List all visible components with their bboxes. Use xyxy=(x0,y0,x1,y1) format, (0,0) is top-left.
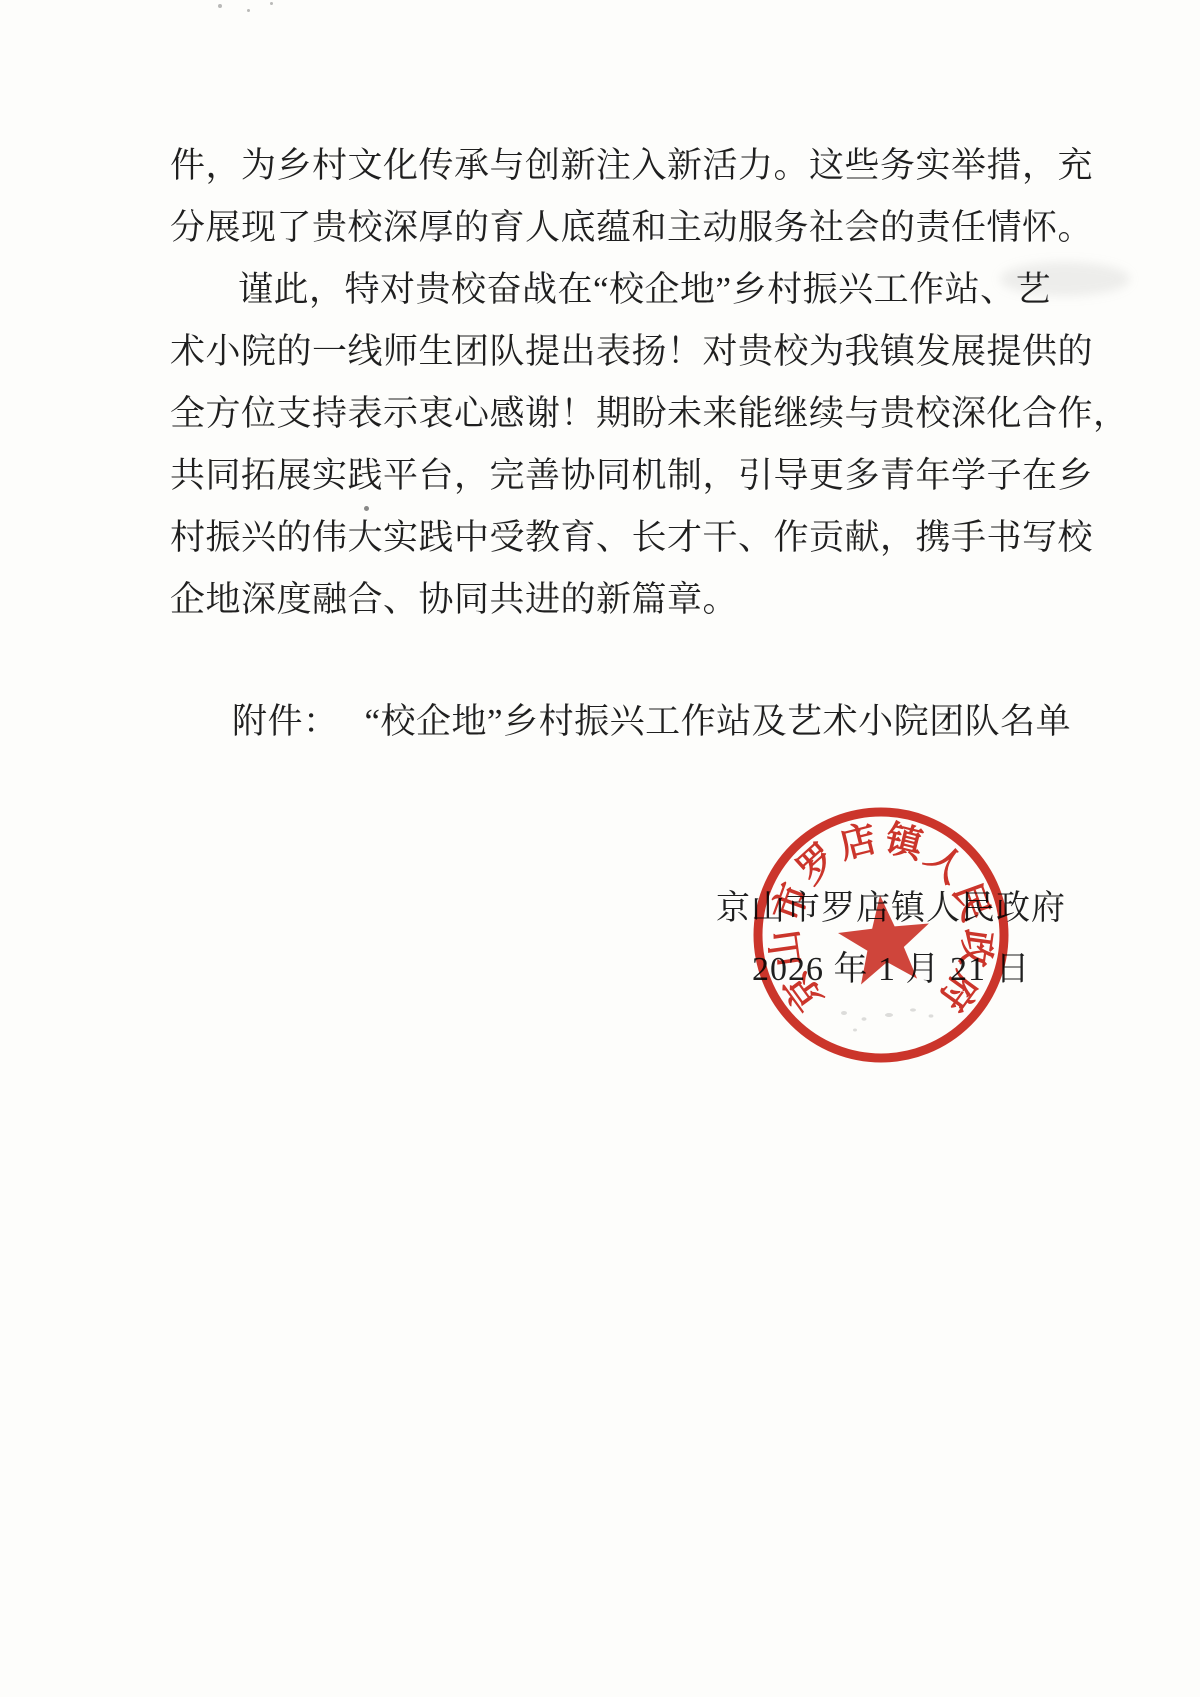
seal-ring-char: 政 xyxy=(952,927,999,969)
seal-ring-char: 山 xyxy=(764,927,810,969)
attachment-label: 附件： xyxy=(232,702,339,741)
body-line-8: 企地深度融合、协同共进的新篇章。 xyxy=(170,569,1090,631)
attachment-title: “校企地”乡村振兴工作站及艺术小院团队名单 xyxy=(365,702,1072,741)
body-line-7: 村振兴的伟大实践中受教育、长才干、作贡献，携手书写校 xyxy=(170,507,1090,569)
body-line-4: 术小院的一线师生团队提出表扬！对贵校为我镇发展提供的 xyxy=(170,321,1090,383)
letter-body: 件，为乡村文化传承与创新注入新活力。这些务实举措，充 分展现了贵校深厚的育人底蕴… xyxy=(170,135,1090,631)
seal-faint-marks xyxy=(841,1008,933,1031)
scan-speck xyxy=(218,4,222,8)
body-line-3: 谨此，特对贵校奋战在“校企地”乡村振兴工作站、艺 xyxy=(170,259,1090,321)
scan-speck xyxy=(247,9,250,12)
seal-ring-char: 店 xyxy=(835,817,881,867)
official-seal: 京山市罗店镇人民政府 xyxy=(731,785,1031,1085)
scanned-document-page: 件，为乡村文化传承与创新注入新活力。这些务实举措，充 分展现了贵校深厚的育人底蕴… xyxy=(0,0,1200,1697)
star-icon xyxy=(835,890,935,986)
body-line-1: 件，为乡村文化传承与创新注入新活力。这些务实举措，充 xyxy=(170,135,1090,197)
body-line-5: 全方位支持表示衷心感谢！期盼未来能继续与贵校深化合作， xyxy=(170,383,1090,445)
body-line-2: 分展现了贵校深厚的育人底蕴和主动服务社会的责任情怀。 xyxy=(170,197,1090,259)
attachment-line: 附件：“校企地”乡村振兴工作站及艺术小院团队名单 xyxy=(232,696,1071,748)
seal-ring-char: 民 xyxy=(945,878,996,927)
scan-speck xyxy=(270,2,273,5)
body-line-6: 共同拓展实践平台，完善协同机制，引导更多青年学子在乡 xyxy=(170,445,1090,507)
